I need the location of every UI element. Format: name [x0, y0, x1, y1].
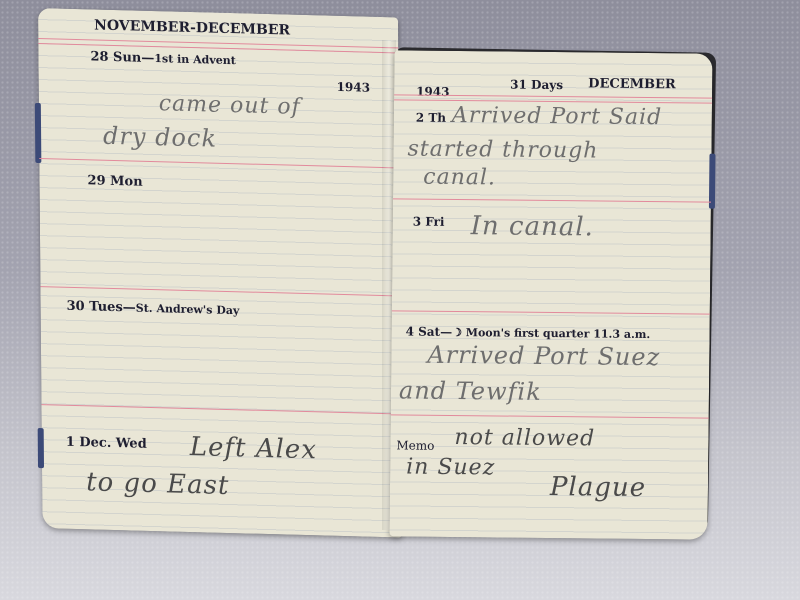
entry-date-4: 4 Sat—☽ Moon's first quarter 11.3 a.m. — [406, 324, 651, 341]
memo-label: Memo — [396, 438, 434, 452]
left-page: NOVEMBER-DECEMBER 28 Sun—1st in Advent 1… — [38, 8, 403, 538]
page-header: DECEMBER — [588, 76, 676, 92]
handwriting-line: in Suez — [406, 454, 495, 480]
year-label: 1943 — [337, 80, 371, 95]
handwriting-line: came out of — [159, 91, 301, 120]
handwriting-line: not allowed — [454, 425, 595, 451]
entry-date-29: 29 Mon — [87, 173, 142, 189]
rule-line — [391, 414, 709, 418]
date-note: 1st in Advent — [154, 52, 236, 67]
page-header: NOVEMBER-DECEMBER — [94, 17, 290, 38]
date-label: 30 Tues— — [67, 299, 136, 316]
handwriting-line: to go East — [86, 467, 229, 501]
right-page: 1943 31 Days DECEMBER 2 Th Arrived Port … — [389, 50, 712, 539]
handwriting-line: and Tewfik — [399, 376, 542, 405]
handwriting-line: Arrived Port Suez — [427, 341, 660, 371]
days-count: 31 Days — [510, 78, 563, 93]
entry-date-2: 2 Th — [416, 111, 446, 125]
entry-date-3: 3 Fri — [413, 215, 445, 229]
entry-date-28: 28 Sun—1st in Advent — [90, 49, 236, 68]
date-note: ☽ Moon's first quarter 11.3 a.m. — [452, 326, 650, 341]
date-note: St. Andrew's Day — [136, 302, 240, 318]
handwriting-line: Arrived Port Said — [452, 103, 663, 130]
handwriting-line: dry dock — [103, 122, 217, 153]
handwriting-line: started through — [407, 136, 598, 163]
rule-line — [393, 198, 711, 202]
rule-line — [394, 94, 712, 103]
date-label: 4 Sat— — [406, 324, 453, 338]
handwriting-line: In canal. — [471, 211, 594, 242]
entry-date-1-dec: 1 Dec. Wed — [66, 435, 147, 452]
rule-line — [392, 310, 710, 314]
handwriting-line: canal. — [423, 165, 496, 191]
handwriting-line: Plague — [550, 472, 646, 503]
entry-date-30: 30 Tues—St. Andrew's Day — [67, 299, 240, 319]
rule-line — [41, 404, 401, 414]
rule-line — [40, 286, 400, 296]
date-label: 28 Sun— — [90, 49, 154, 66]
page-tab — [709, 154, 716, 209]
handwriting-line: Left Alex — [190, 432, 317, 465]
page-tab — [38, 428, 44, 468]
rule-line — [39, 158, 399, 168]
page-tab — [35, 103, 42, 163]
